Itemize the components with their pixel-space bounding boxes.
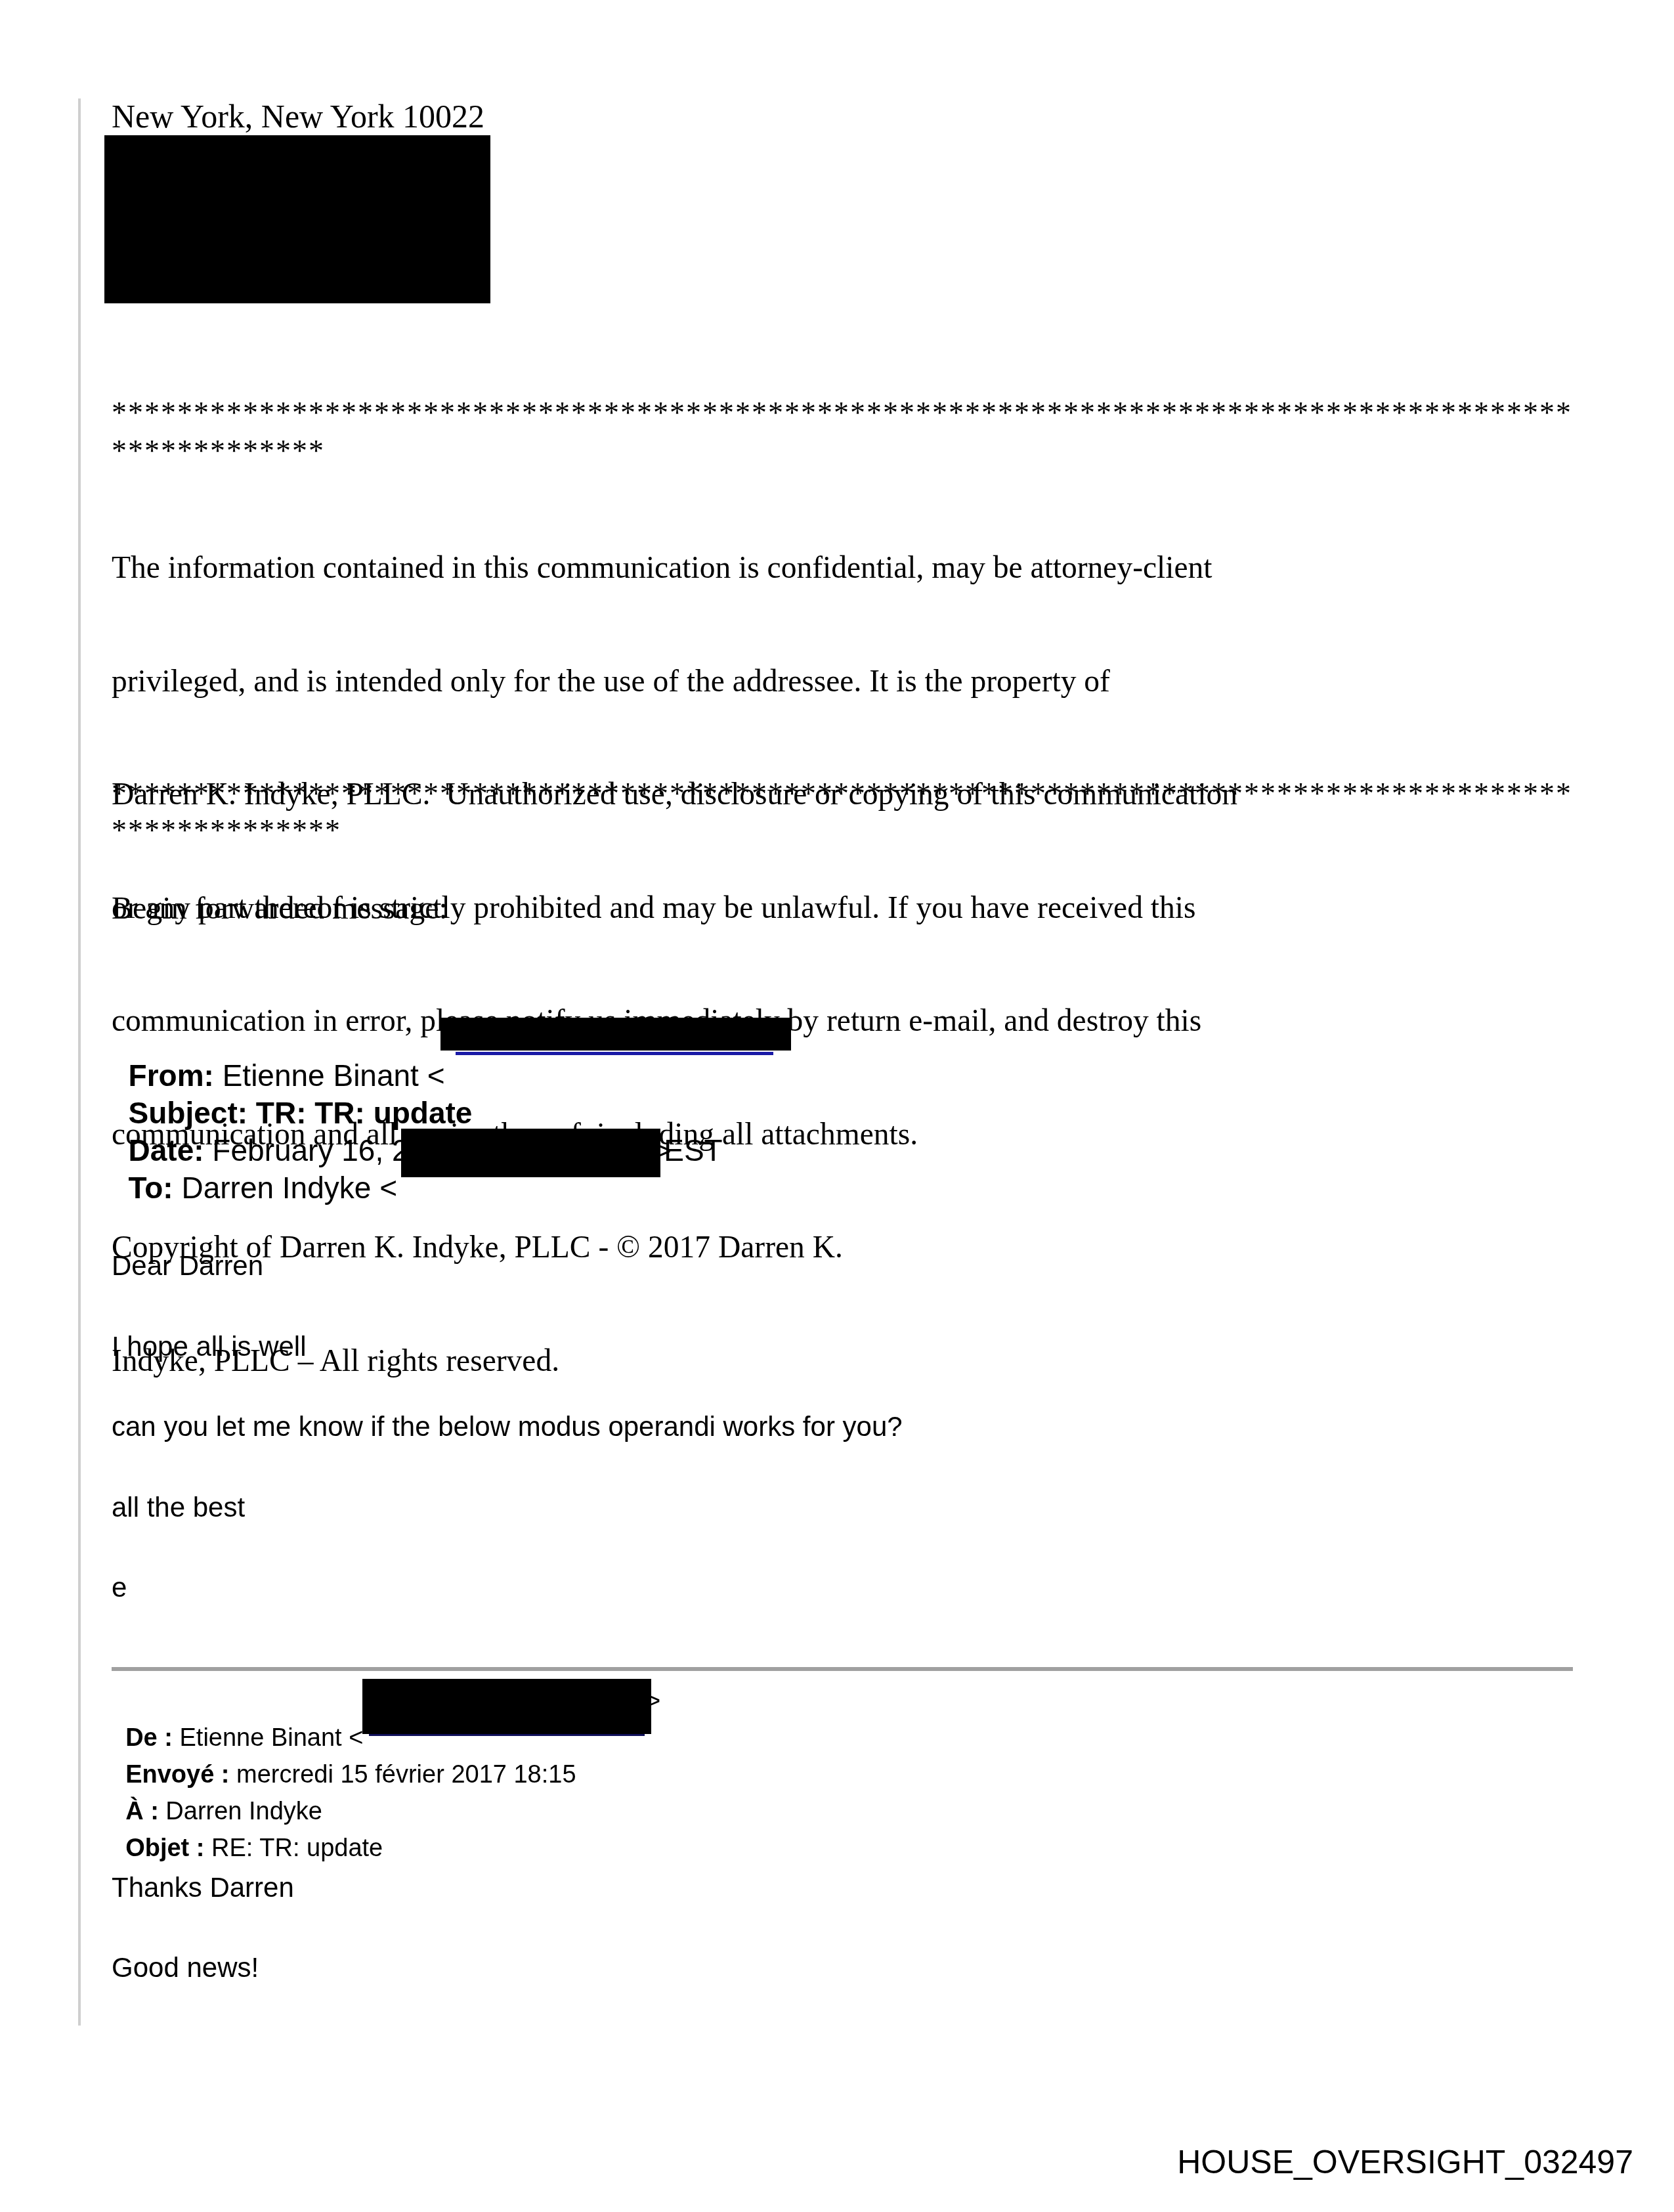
body-line: I hope all is well xyxy=(112,1330,306,1363)
quote-rule xyxy=(78,98,81,2026)
confidentiality-disclaimer: The information contained in this commun… xyxy=(112,474,1237,1418)
disclaimer-line: privileged, and is intended only for the… xyxy=(112,663,1237,701)
body-line: can you let me know if the below modus o… xyxy=(112,1410,903,1443)
body-line: e xyxy=(112,1571,127,1604)
email-link-underline[interactable] xyxy=(456,1052,773,1055)
address-line: New York, New York 10022 xyxy=(112,97,484,135)
body-line: all the best xyxy=(112,1491,245,1524)
redaction-block xyxy=(440,1018,791,1051)
separator-stars: ************** xyxy=(112,812,341,850)
objet-label: Objet : xyxy=(125,1834,204,1862)
separator-stars: ************* xyxy=(112,432,325,470)
redaction-block xyxy=(401,1129,660,1177)
header-objet: Objet : RE: TR: update xyxy=(112,1793,383,1867)
separator-stars: ****************************************… xyxy=(112,775,1572,813)
body-line: Dear Darren xyxy=(112,1249,263,1282)
bates-number: HOUSE_OVERSIGHT_032497 xyxy=(1177,2142,1633,2182)
separator-stars: ****************************************… xyxy=(112,394,1572,432)
header-to: To: Darren Indyke < xyxy=(112,1132,397,1207)
body-line: Thanks Darren xyxy=(112,1871,294,1904)
objet-value: RE: TR: update xyxy=(204,1834,383,1862)
message-divider xyxy=(112,1667,1573,1671)
disclaimer-line: The information contained in this commun… xyxy=(112,550,1237,588)
body-line: Good news! xyxy=(112,1951,259,1984)
to-label: To: xyxy=(129,1171,173,1205)
disclaimer-line: Copyright of Darren K. Indyke, PLLC - © … xyxy=(112,1229,1237,1267)
redaction-block xyxy=(104,135,490,303)
to-value: Darren Indyke < xyxy=(173,1171,397,1205)
forwarded-intro: Begin forwarded message: xyxy=(112,890,448,928)
